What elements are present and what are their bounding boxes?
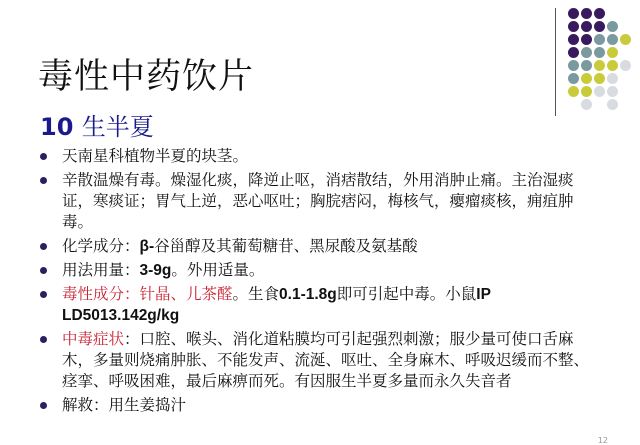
bullet-text: 天南星科植物半夏的块茎。 [62,147,248,165]
bullet-text: 即可引起中毒。小鼠 [337,285,477,303]
section-heading: 10 生半夏 [40,113,154,141]
bullet-text: 。外用适量。 [171,261,264,279]
bullet-item-toxic-components: 毒性成分：针晶、儿茶醛。生食0.1-1.8g即可引起中毒。小鼠IP LD5013… [38,284,603,326]
decorative-dot [581,86,592,97]
decorative-dot [594,21,605,32]
decorative-dot [568,73,579,84]
bullet-item-dosage: 用法用量：3-9g。外用适量。 [38,260,603,281]
decorative-dot [607,21,618,32]
decorative-dot [607,34,618,45]
decorative-dot [620,34,631,45]
bullet-label: 用法用量： [62,261,140,279]
decorative-dot-grid [568,8,638,118]
bullet-text: 辛散温燥有毒。燥湿化痰，降逆止呕，消痞散结，外用消肿止痛。主治湿痰证，寒痰证；胃… [62,171,574,231]
bullet-highlight: 中毒症状 [62,330,124,348]
page-number: 12 [598,436,608,445]
bullet-dot-icon [40,402,47,409]
bullet-dot-icon [40,267,47,274]
bullet-item-chemistry: 化学成分：β-谷甾醇及其葡萄糖苷、黑尿酸及氨基酸 [38,236,603,257]
decorative-dot [568,8,579,19]
decorative-dot [581,21,592,32]
decorative-dot [581,34,592,45]
bullet-bold: β- [140,238,155,255]
bullet-text: 。生食 [233,285,280,303]
decorative-dot [568,34,579,45]
section-number: 10 [40,113,73,141]
decorative-dot [568,47,579,58]
bullet-item-antidote: 解救：用生姜捣汁 [38,395,603,416]
decorative-dot [568,86,579,97]
bullet-highlight: 毒性成分：针晶、儿茶醛 [62,285,233,303]
bullet-label: 化学成分： [62,237,140,255]
decorative-dot [581,73,592,84]
decorative-dot [594,47,605,58]
decorative-dot [607,73,618,84]
decorative-dot [594,8,605,19]
decorative-dot [581,99,592,110]
decorative-dot [607,86,618,97]
bullet-text: ：口腔、喉头、消化道粘膜均可引起强烈刺激；服少量可使口舌麻木，多量则烧痛肿胀、不… [62,330,589,390]
decorative-dot [594,86,605,97]
bullet-dot-icon [40,243,47,250]
bullet-bold: 0.1-1.8g [279,286,337,303]
decorative-dot [607,47,618,58]
bullet-dot-icon [40,291,47,298]
bullet-item-source: 天南星科植物半夏的块茎。 [38,146,603,167]
decorative-dot [620,60,631,71]
decorative-dot [594,73,605,84]
bullet-text: 解救：用生姜捣汁 [62,396,186,414]
bullet-bold: 3-9g [140,262,172,279]
decorative-dot [581,60,592,71]
decorative-vertical-line [555,8,556,116]
bullet-dot-icon [40,177,47,184]
slide-title: 毒性中药饮片 [38,57,254,97]
bullet-text: 谷甾醇及其葡萄糖苷、黑尿酸及氨基酸 [154,237,418,255]
decorative-dot [568,21,579,32]
decorative-dot [607,99,618,110]
bullet-dot-icon [40,153,47,160]
bullet-item-properties: 辛散温燥有毒。燥湿化痰，降逆止呕，消痞散结，外用消肿止痛。主治湿痰证，寒痰证；胃… [38,170,603,233]
decorative-dot [594,60,605,71]
decorative-dot [594,34,605,45]
bullet-dot-icon [40,336,47,343]
bullet-list: 天南星科植物半夏的块茎。 辛散温燥有毒。燥湿化痰，降逆止呕，消痞散结，外用消肿止… [38,146,603,419]
decorative-dot [607,60,618,71]
section-name: 生半夏 [82,113,154,141]
decorative-dot [568,60,579,71]
decorative-dot [581,47,592,58]
bullet-item-symptoms: 中毒症状：口腔、喉头、消化道粘膜均可引起强烈刺激；服少量可使口舌麻木，多量则烧痛… [38,329,603,392]
decorative-dot [581,8,592,19]
